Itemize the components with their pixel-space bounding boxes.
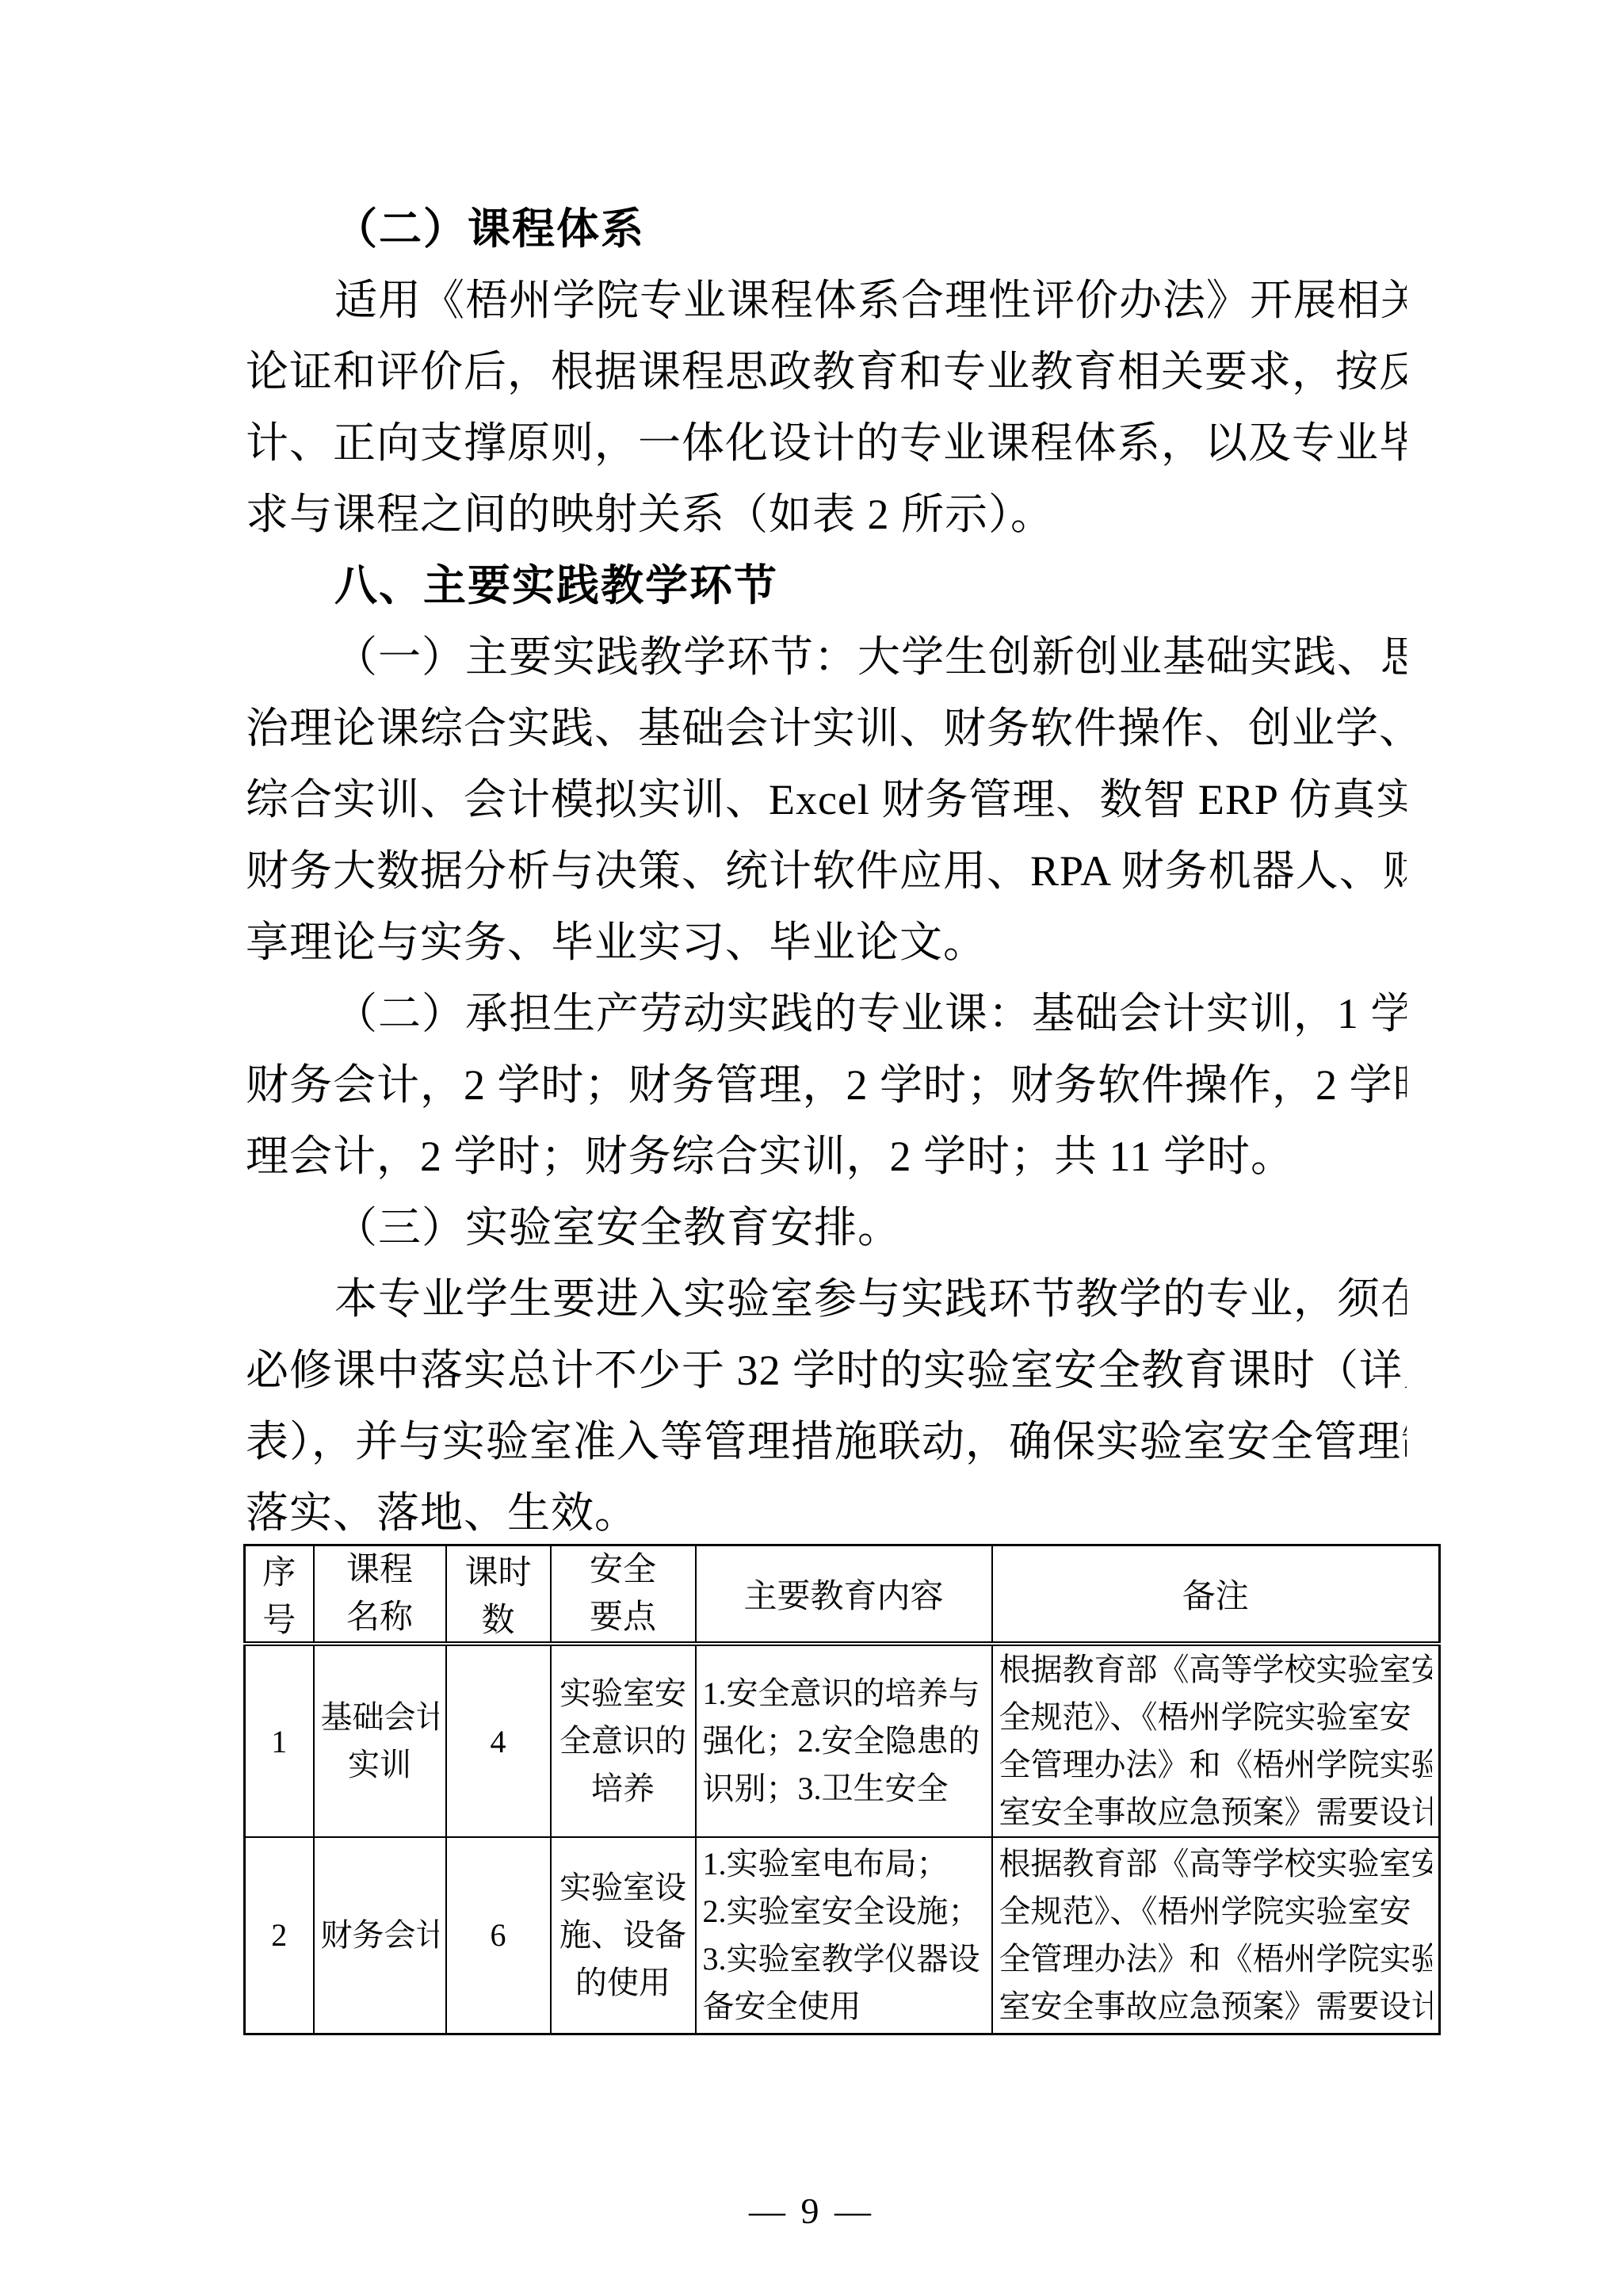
cell-content-line: 备安全使用 (703, 1983, 985, 2030)
cell-remark-line: 全管理办法》和《梧州学院实验 (999, 1741, 1433, 1789)
cell-seq: 1 (245, 1644, 314, 1837)
text-line: 财务大数据分析与决策、统计软件应用、RPA 财务机器人、财务共 (246, 835, 1407, 907)
text-line: 本专业学生要进入实验室参与实践环节教学的专业，须在专业 (246, 1263, 1407, 1335)
document-body: （二）课程体系 适用《梧州学院专业课程体系合理性评价办法》开展相关调研、 论证和… (246, 193, 1407, 1549)
cell-remark-line: 全规范》、《梧州学院实验室安 (999, 1694, 1433, 1741)
page-number: — 9 — (0, 2189, 1623, 2233)
cell-safety-line: 全意识的 (558, 1717, 689, 1765)
text-line: 综合实训、会计模拟实训、Excel 财务管理、数智 ERP 仿真实训、 (246, 764, 1407, 835)
cell-safety-line: 的使用 (558, 1959, 689, 2007)
cell-safety-points: 实验室设 施、设备 的使用 (551, 1837, 696, 2034)
header-seq: 序号 (245, 1545, 314, 1645)
cell-course-line: 财务会计 (321, 1912, 439, 1959)
text-line: 必修课中落实总计不少于 32 学时的实验室安全教育课时（详见下 (246, 1335, 1407, 1406)
cell-remark-line: 全规范》、《梧州学院实验室安 (999, 1888, 1433, 1935)
text-line: 治理论课综合实践、基础会计实训、财务软件操作、创业学、财务 (246, 693, 1407, 764)
cell-content-line: 3.实验室教学仪器设 (703, 1935, 985, 1983)
cell-content-line: 1.安全意识的培养与 (703, 1670, 985, 1717)
cell-safety-line: 实验室安 (558, 1670, 689, 1717)
cell-hours: 4 (446, 1644, 551, 1837)
cell-education-content: 1.实验室电布局； 2.实验室安全设施； 3.实验室教学仪器设 备安全使用 (696, 1837, 992, 2034)
section-heading-curriculum: （二）课程体系 (246, 193, 1407, 265)
cell-course-line: 基础会计 (321, 1694, 439, 1741)
cell-remark-line: 室安全事故应急预案》需要设计 (999, 1789, 1433, 1836)
text-line: 享理论与实务、毕业实习、毕业论文。 (246, 907, 1407, 978)
cell-course: 基础会计 实训 (314, 1644, 446, 1837)
document-page: （二）课程体系 适用《梧州学院专业课程体系合理性评价办法》开展相关调研、 论证和… (0, 0, 1623, 2296)
cell-remark: 根据教育部《高等学校实验室安 全规范》、《梧州学院实验室安 全管理办法》和《梧州… (992, 1644, 1440, 1837)
cell-course: 财务会计 (314, 1837, 446, 2034)
section-heading-practice: 八、主要实践教学环节 (246, 550, 1407, 621)
table-header-row: 序号 课程 名称 课时数 安全 要点 主要教育内容 备注 (245, 1545, 1440, 1645)
cell-content-line: 强化；2.安全隐患的 (703, 1717, 985, 1765)
cell-course-line: 实训 (321, 1741, 439, 1789)
text-line: 适用《梧州学院专业课程体系合理性评价办法》开展相关调研、 (246, 265, 1407, 336)
cell-content-line: 1.实验室电布局； (703, 1840, 985, 1888)
text-line: 落实、落地、生效。 (246, 1477, 1407, 1549)
safety-education-table: 序号 课程 名称 课时数 安全 要点 主要教育内容 备注 1 基础会计 实训 (243, 1544, 1441, 2035)
cell-remark-line: 根据教育部《高等学校实验室安 (999, 1840, 1433, 1888)
cell-remark-line: 根据教育部《高等学校实验室安 (999, 1646, 1433, 1694)
text-line: 表），并与实验室准入等管理措施联动，确保实验室安全管理制度 (246, 1406, 1407, 1477)
table-row: 1 基础会计 实训 4 实验室安 全意识的 培养 1.安全意识的培养与 强化；2… (245, 1644, 1440, 1837)
cell-safety-line: 培养 (558, 1765, 689, 1813)
header-remark: 备注 (992, 1545, 1440, 1645)
header-course-line: 课程 (321, 1546, 439, 1594)
text-line: 计、正向支撑原则，一体化设计的专业课程体系，以及专业毕业要 (246, 407, 1407, 479)
cell-remark-line: 室安全事故应急预案》需要设计 (999, 1983, 1433, 2030)
text-line: 求与课程之间的映射关系（如表 2 所示）。 (246, 479, 1407, 550)
text-line: 理会计，2 学时；财务综合实训，2 学时；共 11 学时。 (246, 1121, 1407, 1192)
text-line: （一）主要实践教学环节：大学生创新创业基础实践、思想政 (246, 621, 1407, 693)
cell-safety-points: 实验室安 全意识的 培养 (551, 1644, 696, 1837)
header-safety-line: 安全 (558, 1546, 689, 1594)
text-line: 论证和评价后，根据课程思政教育和专业教育相关要求，按反向设 (246, 336, 1407, 407)
header-course: 课程 名称 (314, 1545, 446, 1645)
cell-remark: 根据教育部《高等学校实验室安 全规范》、《梧州学院实验室安 全管理办法》和《梧州… (992, 1837, 1440, 2034)
cell-content-line: 2.实验室安全设施； (703, 1888, 985, 1935)
header-education-content: 主要教育内容 (696, 1545, 992, 1645)
header-hours: 课时数 (446, 1545, 551, 1645)
cell-safety-line: 施、设备 (558, 1912, 689, 1959)
table-row: 2 财务会计 6 实验室设 施、设备 的使用 1.实验室电布局； 2.实验室安全… (245, 1837, 1440, 2034)
text-line: 财务会计，2 学时；财务管理，2 学时；财务软件操作，2 学时；管 (246, 1049, 1407, 1121)
header-course-line: 名称 (321, 1594, 439, 1641)
section-heading-lab-safety: （三）实验室安全教育安排。 (246, 1192, 1407, 1263)
header-safety-points: 安全 要点 (551, 1545, 696, 1645)
cell-remark-line: 全管理办法》和《梧州学院实验 (999, 1935, 1433, 1983)
cell-education-content: 1.安全意识的培养与 强化；2.安全隐患的 识别；3.卫生安全 (696, 1644, 992, 1837)
cell-seq: 2 (245, 1837, 314, 2034)
cell-safety-line: 实验室设 (558, 1864, 689, 1912)
cell-hours: 6 (446, 1837, 551, 2034)
text-line: （二）承担生产劳动实践的专业课：基础会计实训，1 学时； (246, 978, 1407, 1049)
cell-content-line: 识别；3.卫生安全 (703, 1765, 985, 1813)
header-safety-line: 要点 (558, 1594, 689, 1641)
